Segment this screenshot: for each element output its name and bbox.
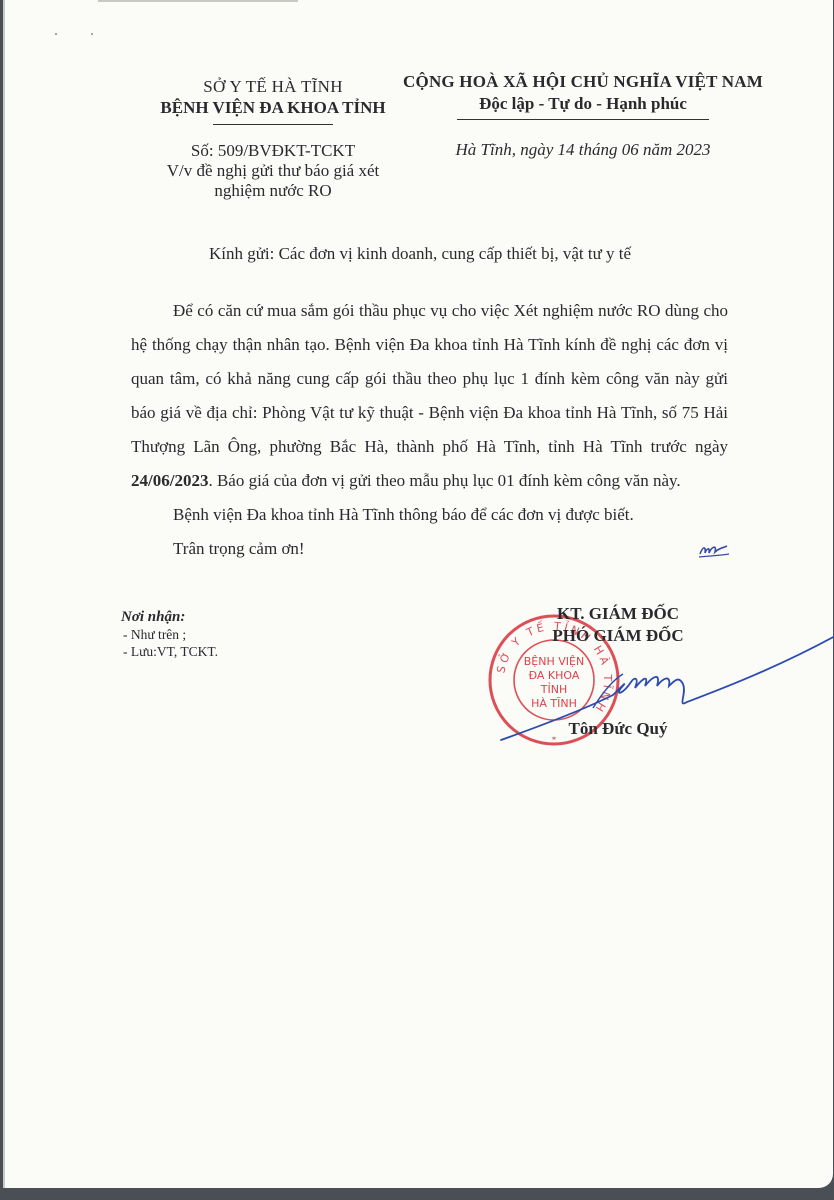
subject-line-2: nghiệm nước RO [113,181,433,201]
paragraph-1-text-end: . Báo giá của đơn vị gửi theo mẫu phụ lụ… [208,471,680,490]
paragraph-1-text: Để có căn cứ mua sắm gói thầu phục vụ ch… [131,301,728,456]
nation-title: CỘNG HOÀ XÃ HỘI CHỦ NGHĨA VIỆT NAM [383,71,783,93]
scan-speck [91,33,93,35]
signer-position-1: KT. GIÁM ĐỐC [473,603,763,625]
national-motto: Độc lập - Tự do - Hạnh phúc [383,93,783,115]
handwritten-signature-icon [473,630,834,760]
distribution-title: Nơi nhận: [121,609,371,626]
closing-line: Trân trọng cảm ơn! [131,532,728,566]
deadline-date: 24/06/2023 [131,471,208,490]
scan-speck [55,33,57,35]
recipient-line: Kính gửi: Các đơn vị kinh doanh, cung cấ… [103,244,737,264]
distribution-item: - Lưu:VT, TCKT. [123,643,371,660]
initial-mark-icon [697,536,731,562]
document-page: SỞ Y TẾ HÀ TĨNH BỆNH VIỆN ĐA KHOA TỈNH S… [3,0,833,1188]
distribution-item: - Như trên ; [123,626,371,643]
motto-underline [457,119,709,120]
header-divider [213,124,333,125]
distribution-list: Nơi nhận: - Như trên ; - Lưu:VT, TCKT. [121,609,371,660]
subject-line-1: V/v đề nghị gửi thư báo giá xét [113,161,433,181]
paper-edge [98,0,298,2]
paragraph-2: Bệnh viện Đa khoa tỉnh Hà Tĩnh thông báo… [131,498,728,532]
paragraph-1: Để có căn cứ mua sắm gói thầu phục vụ ch… [131,294,728,498]
national-header: CỘNG HOÀ XÃ HỘI CHỦ NGHĨA VIỆT NAM Độc l… [383,71,783,160]
letter-body: Để có căn cứ mua sắm gói thầu phục vụ ch… [131,294,728,566]
place-date: Hà Tĩnh, ngày 14 tháng 06 năm 2023 [383,140,783,160]
